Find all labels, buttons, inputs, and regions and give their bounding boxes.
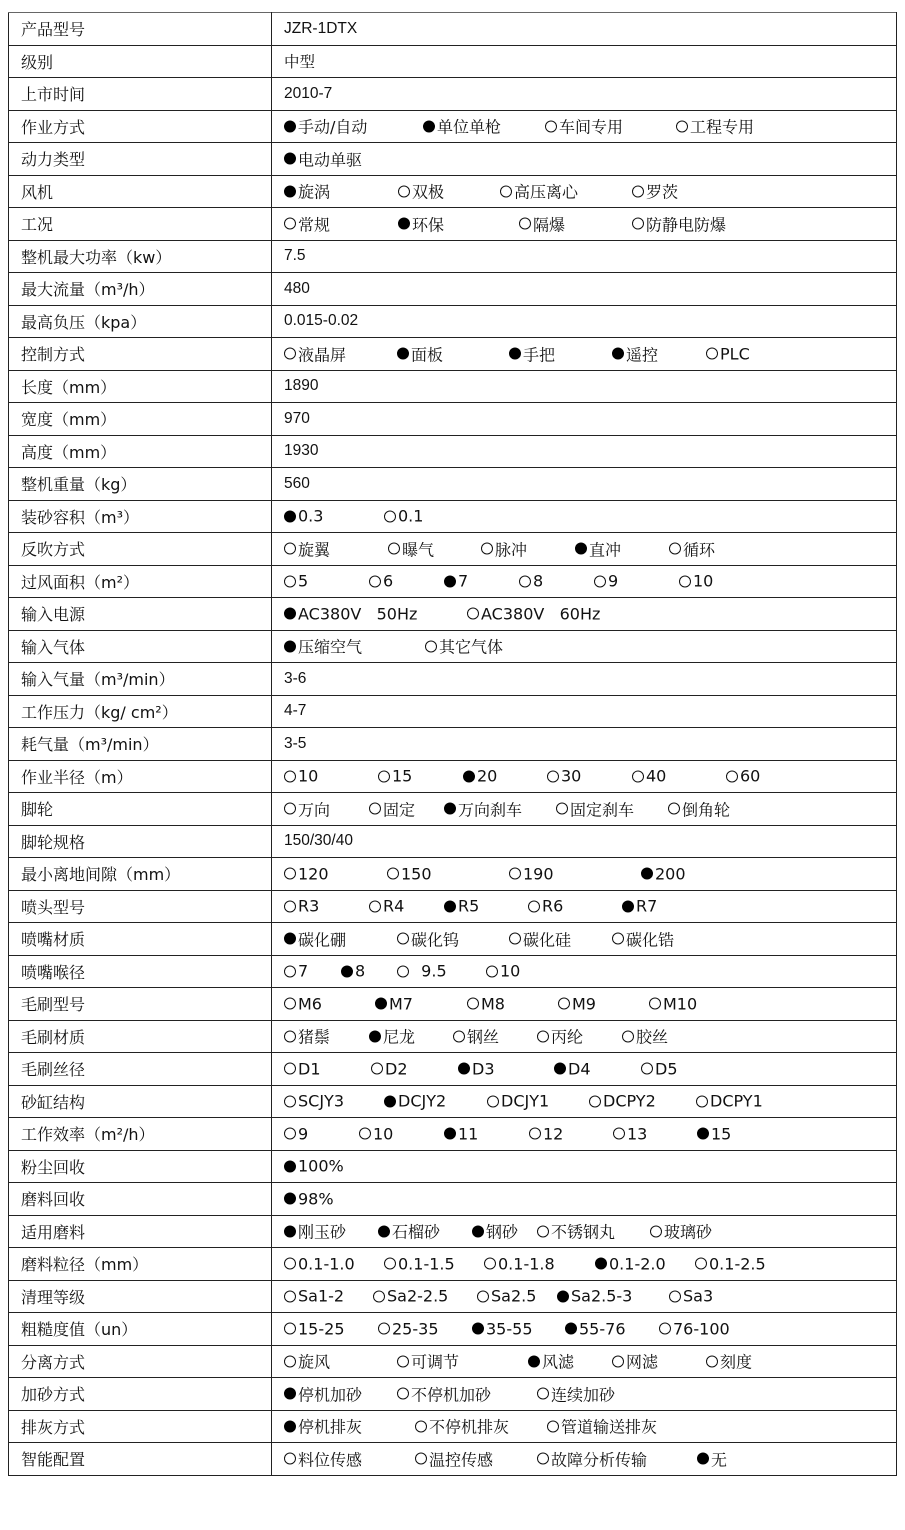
option-label: 190 <box>523 864 554 883</box>
option-radio[interactable]: 200 <box>641 864 686 883</box>
option-radio[interactable]: R3 <box>284 897 319 916</box>
option-label: 15 <box>711 1124 731 1143</box>
option-radio[interactable]: 150 <box>387 864 432 883</box>
option-label: 万向 <box>298 797 330 820</box>
option-radio[interactable]: 温控传感 <box>415 1447 493 1470</box>
option-label: 0.1-1.5 <box>398 1254 455 1273</box>
empty-circle-icon <box>284 1095 296 1107</box>
spec-label: 动力类型 <box>9 143 272 176</box>
filled-circle-icon <box>595 1258 607 1270</box>
spec-value-cell: 猪鬃尼龙钢丝丙纶胶丝 <box>272 1020 897 1053</box>
option-label: 停机加砂 <box>298 1382 362 1405</box>
spec-value-cell: 1930 <box>272 435 897 468</box>
spec-label: 最大流量（m³/h） <box>9 273 272 306</box>
option-radio[interactable]: 30 <box>547 767 581 786</box>
empty-circle-icon <box>641 1063 653 1075</box>
option-label: 其它气体 <box>439 635 503 658</box>
empty-circle-icon <box>545 120 557 132</box>
option-radio[interactable]: 7 <box>444 572 468 591</box>
spec-value-cell: 15-2525-3535-5555-7676-100 <box>272 1313 897 1346</box>
option-label: 5 <box>298 572 308 591</box>
option-label: 13 <box>627 1124 647 1143</box>
filled-circle-icon <box>284 1388 296 1400</box>
option-radio[interactable]: 曝气 <box>388 537 434 560</box>
spec-label: 高度（mm） <box>9 435 272 468</box>
table-row: 分离方式旋风可调节风滤网滤刻度 <box>9 1345 897 1378</box>
option-label: 10 <box>693 572 713 591</box>
empty-circle-icon <box>537 1453 549 1465</box>
table-row: 磨料粒径（mm）0.1-1.00.1-1.50.1-1.80.1-2.00.1-… <box>9 1248 897 1281</box>
option-radio[interactable]: DCPY1 <box>696 1092 763 1111</box>
spec-value-cell: 5678910 <box>272 565 897 598</box>
empty-circle-icon <box>369 803 381 815</box>
filled-circle-icon <box>565 1323 577 1335</box>
option-radio[interactable]: M8 <box>467 994 505 1013</box>
option-radio[interactable]: 9 <box>284 1124 308 1143</box>
empty-circle-icon <box>481 543 493 555</box>
option-radio[interactable]: 60 <box>726 767 760 786</box>
spec-value-cell: 电动单驱 <box>272 143 897 176</box>
option-radio[interactable]: 20 <box>463 767 497 786</box>
option-radio[interactable]: M10 <box>649 994 697 1013</box>
table-row: 喷嘴喉径78 9.510 <box>9 955 897 988</box>
option-radio[interactable]: 液晶屏 <box>284 342 346 365</box>
option-radio[interactable]: 停机排灰 <box>284 1415 362 1438</box>
empty-circle-icon <box>529 1128 541 1140</box>
option-label: 0.1-2.5 <box>709 1254 766 1273</box>
option-radio[interactable]: 7 <box>284 962 308 981</box>
empty-circle-icon <box>650 1225 662 1237</box>
table-row: 宽度（mm）970 <box>9 403 897 436</box>
empty-circle-icon <box>284 1290 296 1302</box>
filled-circle-icon <box>284 1420 296 1432</box>
table-row: 作业半径（m）101520304060 <box>9 760 897 793</box>
option-radio[interactable]: 15 <box>697 1124 731 1143</box>
option-radio[interactable]: AC380V 50Hz <box>284 604 417 623</box>
option-radio[interactable]: 0.1-1.0 <box>284 1254 355 1273</box>
spec-label: 粗糙度值（un） <box>9 1313 272 1346</box>
empty-circle-icon <box>284 998 296 1010</box>
empty-circle-icon <box>547 770 559 782</box>
option-label: 旋风 <box>298 1350 330 1373</box>
option-radio[interactable]: 55-76 <box>565 1319 626 1338</box>
option-label: M9 <box>572 994 596 1013</box>
empty-circle-icon <box>397 965 409 977</box>
option-radio[interactable]: 循环 <box>669 537 715 560</box>
option-radio[interactable]: 旋翼 <box>284 537 330 560</box>
option-label: DCJY1 <box>501 1092 549 1111</box>
spec-value-cell: 旋风可调节风滤网滤刻度 <box>272 1345 897 1378</box>
option-label: 单位单枪 <box>437 115 501 138</box>
option-radio[interactable]: 其它气体 <box>425 635 503 658</box>
empty-circle-icon <box>398 185 410 197</box>
table-row: 动力类型电动单驱 <box>9 143 897 176</box>
empty-circle-icon <box>706 348 718 360</box>
spec-value-cell: Sa1-2Sa2-2.5Sa2.5Sa2.5-3Sa3 <box>272 1280 897 1313</box>
filled-circle-icon <box>444 900 456 912</box>
option-label: DCPY1 <box>710 1092 763 1111</box>
option-radio[interactable]: DCJY2 <box>384 1092 446 1111</box>
option-radio[interactable]: 停机加砂 <box>284 1382 362 1405</box>
spec-value-cell: 150/30/40 <box>272 825 897 858</box>
empty-circle-icon <box>487 1095 499 1107</box>
option-label: 倒角轮 <box>682 797 730 820</box>
option-radio[interactable]: 隔爆 <box>519 212 565 235</box>
option-radio[interactable]: R5 <box>444 897 479 916</box>
spec-value: 4-7 <box>284 702 306 720</box>
option-radio[interactable]: D4 <box>554 1059 591 1078</box>
table-row: 工况常规环保隔爆防静电防爆 <box>9 208 897 241</box>
option-radio[interactable]: 0.1-1.5 <box>384 1254 455 1273</box>
option-radio[interactable]: 碳化锆 <box>612 927 674 950</box>
empty-circle-icon <box>668 803 680 815</box>
option-radio[interactable]: 120 <box>284 864 329 883</box>
option-radio[interactable]: DCPY2 <box>589 1092 656 1111</box>
spec-value-cell: 100% <box>272 1150 897 1183</box>
option-radio[interactable]: 190 <box>509 864 554 883</box>
option-radio[interactable]: Sa2-2.5 <box>373 1287 448 1306</box>
option-label: DCJY2 <box>398 1092 446 1111</box>
option-radio[interactable]: R7 <box>622 897 657 916</box>
option-radio[interactable]: 遥控 <box>612 342 658 365</box>
option-label: 98% <box>298 1189 334 1208</box>
option-label: 11 <box>458 1124 478 1143</box>
option-radio[interactable]: 0.1-2.0 <box>595 1254 666 1273</box>
spec-label: 毛刷丝径 <box>9 1053 272 1086</box>
option-radio[interactable]: 钢砂 <box>472 1220 518 1243</box>
spec-value-cell: 560 <box>272 468 897 501</box>
option-radio[interactable]: 不锈钢丸 <box>537 1220 615 1243</box>
option-radio[interactable]: 固定刹车 <box>556 797 634 820</box>
filled-circle-icon <box>341 965 353 977</box>
option-label: 面板 <box>411 342 443 365</box>
option-label: 常规 <box>298 212 330 235</box>
option-radio[interactable]: 电动单驱 <box>284 147 362 170</box>
empty-circle-icon <box>669 1290 681 1302</box>
empty-circle-icon <box>284 348 296 360</box>
option-radio[interactable]: 0.1 <box>384 507 423 526</box>
spec-value-cell: 78 9.510 <box>272 955 897 988</box>
option-radio[interactable]: M6 <box>284 994 322 1013</box>
option-label: 环保 <box>412 212 444 235</box>
option-radio[interactable]: 常规 <box>284 212 330 235</box>
empty-circle-icon <box>649 998 661 1010</box>
option-radio[interactable]: 9.5 <box>397 962 447 981</box>
option-radio[interactable]: 管道输送排灰 <box>547 1415 657 1438</box>
option-radio[interactable]: D3 <box>458 1059 495 1078</box>
empty-circle-icon <box>477 1290 489 1302</box>
empty-circle-icon <box>622 1030 634 1042</box>
spec-value-cell: 常规环保隔爆防静电防爆 <box>272 208 897 241</box>
option-radio[interactable]: 倒角轮 <box>668 797 730 820</box>
empty-circle-icon <box>706 1355 718 1367</box>
option-radio[interactable]: AC380V 60Hz <box>467 604 600 623</box>
option-label: 60 <box>740 767 760 786</box>
spec-label: 工况 <box>9 208 272 241</box>
spec-label: 脚轮规格 <box>9 825 272 858</box>
filled-circle-icon <box>284 1193 296 1205</box>
option-radio[interactable]: 0.3 <box>284 507 323 526</box>
option-radio[interactable]: 面板 <box>397 342 443 365</box>
filled-circle-icon <box>284 153 296 165</box>
option-radio[interactable]: 直冲 <box>575 537 621 560</box>
option-radio[interactable]: 防静电防爆 <box>632 212 726 235</box>
table-row: 装砂容积（m³）0.30.1 <box>9 500 897 533</box>
option-radio[interactable]: 10 <box>359 1124 393 1143</box>
empty-circle-icon <box>696 1095 708 1107</box>
option-radio[interactable]: 0.1-2.5 <box>695 1254 766 1273</box>
empty-circle-icon <box>486 965 498 977</box>
option-label: M8 <box>481 994 505 1013</box>
filled-circle-icon <box>612 348 624 360</box>
spec-value-cell: 480 <box>272 273 897 306</box>
option-radio[interactable]: 98% <box>284 1189 334 1208</box>
option-radio[interactable]: 工程专用 <box>676 115 754 138</box>
empty-circle-icon <box>373 1290 385 1302</box>
empty-circle-icon <box>387 868 399 880</box>
option-radio[interactable]: 35-55 <box>472 1319 533 1338</box>
option-radio[interactable]: R6 <box>528 897 563 916</box>
option-radio[interactable]: 丙纶 <box>537 1025 583 1048</box>
option-label: 电动单驱 <box>298 147 362 170</box>
option-label: 车间专用 <box>559 115 623 138</box>
option-radio[interactable]: 13 <box>613 1124 647 1143</box>
option-radio[interactable]: 碳化钨 <box>397 927 459 950</box>
option-radio[interactable]: R4 <box>369 897 404 916</box>
spec-label: 输入气体 <box>9 630 272 663</box>
empty-circle-icon <box>284 1063 296 1075</box>
option-radio[interactable]: 不停机加砂 <box>397 1382 491 1405</box>
option-label: 10 <box>373 1124 393 1143</box>
option-radio[interactable]: 压缩空气 <box>284 635 362 658</box>
option-radio[interactable]: 10 <box>679 572 713 591</box>
spec-label: 脚轮 <box>9 793 272 826</box>
option-label: 15 <box>392 767 412 786</box>
spec-value-cell: 0.1-1.00.1-1.50.1-1.80.1-2.00.1-2.5 <box>272 1248 897 1281</box>
spec-label: 磨料粒径（mm） <box>9 1248 272 1281</box>
table-row: 加砂方式停机加砂不停机加砂连续加砂 <box>9 1378 897 1411</box>
table-row: 最小离地间隙（mm）120150190200 <box>9 858 897 891</box>
table-row: 风机旋涡双极高压离心罗茨 <box>9 175 897 208</box>
spec-value-cell: 旋翼曝气脉冲直冲循环 <box>272 533 897 566</box>
option-radio[interactable]: 8 <box>519 572 543 591</box>
option-radio[interactable]: 10 <box>486 962 520 981</box>
empty-circle-icon <box>284 1030 296 1042</box>
table-row: 喷头型号R3R4R5R6R7 <box>9 890 897 923</box>
option-label: 胶丝 <box>636 1025 668 1048</box>
option-radio[interactable]: 旋涡 <box>284 180 330 203</box>
spec-value-cell: 98% <box>272 1183 897 1216</box>
option-radio[interactable]: 手把 <box>509 342 555 365</box>
option-radio[interactable]: 碳化硼 <box>284 927 346 950</box>
option-label: Sa1-2 <box>298 1287 344 1306</box>
option-radio[interactable]: 万向刹车 <box>444 797 522 820</box>
spec-label: 工作压力（kg/ cm²） <box>9 695 272 728</box>
filled-circle-icon <box>284 608 296 620</box>
option-radio[interactable]: Sa3 <box>669 1287 713 1306</box>
option-label: 7 <box>458 572 468 591</box>
option-radio[interactable]: 15 <box>378 767 412 786</box>
option-radio[interactable]: 11 <box>444 1124 478 1143</box>
option-radio[interactable]: 6 <box>369 572 393 591</box>
table-row: 脚轮万向固定万向刹车固定刹车倒角轮 <box>9 793 897 826</box>
spec-value-cell: JZR-1DTX <box>272 13 897 46</box>
option-radio[interactable]: 碳化硅 <box>509 927 571 950</box>
spec-value-cell: 料位传感温控传感故障分析传输无 <box>272 1443 897 1476</box>
table-row: 耗气量（m³/min）3-5 <box>9 728 897 761</box>
option-radio[interactable]: 车间专用 <box>545 115 623 138</box>
option-radio[interactable]: 12 <box>529 1124 563 1143</box>
option-radio[interactable]: 刻度 <box>706 1350 752 1373</box>
empty-circle-icon <box>415 1420 427 1432</box>
empty-circle-icon <box>284 1355 296 1367</box>
option-label: 遥控 <box>626 342 658 365</box>
option-label: Sa2.5-3 <box>571 1287 632 1306</box>
option-radio[interactable]: 刚玉砂 <box>284 1220 346 1243</box>
option-radio[interactable]: DCJY1 <box>487 1092 549 1111</box>
spec-value: 3-5 <box>284 735 306 753</box>
option-radio[interactable]: 5 <box>284 572 308 591</box>
option-radio[interactable]: D2 <box>371 1059 408 1078</box>
option-radio[interactable]: 100% <box>284 1157 344 1176</box>
spec-value-cell: 4-7 <box>272 695 897 728</box>
option-radio[interactable]: 手动/自动 <box>284 115 367 138</box>
option-radio[interactable]: 40 <box>632 767 666 786</box>
empty-circle-icon <box>659 1323 671 1335</box>
option-label: 0.1-2.0 <box>609 1254 666 1273</box>
spec-label: 毛刷型号 <box>9 988 272 1021</box>
option-radio[interactable]: 胶丝 <box>622 1025 668 1048</box>
spec-label: 砂缸结构 <box>9 1085 272 1118</box>
filled-circle-icon <box>463 770 475 782</box>
spec-value-cell: 手动/自动单位单枪车间专用工程专用 <box>272 110 897 143</box>
option-label: D4 <box>568 1059 591 1078</box>
option-radio[interactable]: 连续加砂 <box>537 1382 615 1405</box>
spec-label: 适用磨料 <box>9 1215 272 1248</box>
empty-circle-icon <box>519 218 531 230</box>
empty-circle-icon <box>371 1063 383 1075</box>
option-radio[interactable]: D5 <box>641 1059 678 1078</box>
option-radio[interactable]: 故障分析传输 <box>537 1447 647 1470</box>
option-radio[interactable]: 可调节 <box>397 1350 459 1373</box>
option-radio[interactable]: 脉冲 <box>481 537 527 560</box>
empty-circle-icon <box>556 803 568 815</box>
spec-value-cell: 万向固定万向刹车固定刹车倒角轮 <box>272 793 897 826</box>
option-label: 150 <box>401 864 432 883</box>
option-radio[interactable]: 双极 <box>398 180 444 203</box>
table-row: 反吹方式旋翼曝气脉冲直冲循环 <box>9 533 897 566</box>
option-radio[interactable]: M9 <box>558 994 596 1013</box>
option-label: 液晶屏 <box>298 342 346 365</box>
option-radio[interactable]: 固定 <box>369 797 415 820</box>
option-label: 曝气 <box>402 537 434 560</box>
spec-value-cell: 停机加砂不停机加砂连续加砂 <box>272 1378 897 1411</box>
option-label: 不锈钢丸 <box>551 1220 615 1243</box>
option-label: 停机排灰 <box>298 1415 362 1438</box>
option-radio[interactable]: 单位单枪 <box>423 115 501 138</box>
option-radio[interactable]: 网滤 <box>612 1350 658 1373</box>
option-radio[interactable]: 钢丝 <box>453 1025 499 1048</box>
table-row: 作业方式手动/自动单位单枪车间专用工程专用 <box>9 110 897 143</box>
option-radio[interactable]: 高压离心 <box>500 180 578 203</box>
option-label: 料位传感 <box>298 1447 362 1470</box>
option-radio[interactable]: Sa2.5 <box>477 1287 536 1306</box>
option-radio[interactable]: Sa2.5-3 <box>557 1287 632 1306</box>
option-label: 0.1-1.0 <box>298 1254 355 1273</box>
option-radio[interactable]: 9 <box>594 572 618 591</box>
spec-value-cell: 91011121315 <box>272 1118 897 1151</box>
spec-value-cell: 2010-7 <box>272 78 897 111</box>
option-radio[interactable]: SCJY3 <box>284 1092 344 1111</box>
option-radio[interactable]: 尼龙 <box>369 1025 415 1048</box>
spec-value-cell: 0.30.1 <box>272 500 897 533</box>
filled-circle-icon <box>458 1063 470 1075</box>
empty-circle-icon <box>284 770 296 782</box>
table-row: 长度（mm）1890 <box>9 370 897 403</box>
option-radio[interactable]: 25-35 <box>378 1319 439 1338</box>
option-radio[interactable]: Sa1-2 <box>284 1287 344 1306</box>
empty-circle-icon <box>500 185 512 197</box>
option-radio[interactable]: 0.1-1.8 <box>484 1254 555 1273</box>
spec-label: 级别 <box>9 45 272 78</box>
filled-circle-icon <box>697 1128 709 1140</box>
option-radio[interactable]: 无 <box>697 1447 727 1470</box>
option-radio[interactable]: 8 <box>341 962 365 981</box>
option-radio[interactable]: 罗茨 <box>632 180 678 203</box>
option-radio[interactable]: M7 <box>375 994 413 1013</box>
option-radio[interactable]: 不停机排灰 <box>415 1415 509 1438</box>
empty-circle-icon <box>384 1258 396 1270</box>
empty-circle-icon <box>547 1420 559 1432</box>
option-radio[interactable]: 玻璃砂 <box>650 1220 712 1243</box>
spec-label: 产品型号 <box>9 13 272 46</box>
empty-circle-icon <box>695 1258 707 1270</box>
spec-label: 喷嘴材质 <box>9 923 272 956</box>
option-label: 直冲 <box>589 537 621 560</box>
option-radio[interactable]: 猪鬃 <box>284 1025 330 1048</box>
filled-circle-icon <box>284 185 296 197</box>
spec-label: 控制方式 <box>9 338 272 371</box>
option-radio[interactable]: 旋风 <box>284 1350 330 1373</box>
option-radio[interactable]: 15-25 <box>284 1319 345 1338</box>
option-radio[interactable]: 风滤 <box>528 1350 574 1373</box>
option-radio[interactable]: 万向 <box>284 797 330 820</box>
empty-circle-icon <box>284 543 296 555</box>
empty-circle-icon <box>397 933 409 945</box>
option-label: 固定 <box>383 797 415 820</box>
option-label: 9 <box>298 1124 308 1143</box>
spec-label: 毛刷材质 <box>9 1020 272 1053</box>
option-radio[interactable]: D1 <box>284 1059 321 1078</box>
spec-value: JZR-1DTX <box>284 20 357 38</box>
option-radio[interactable]: 石榴砂 <box>378 1220 440 1243</box>
filled-circle-icon <box>641 868 653 880</box>
spec-label: 分离方式 <box>9 1345 272 1378</box>
option-radio[interactable]: 10 <box>284 767 318 786</box>
empty-circle-icon <box>284 1128 296 1140</box>
option-radio[interactable]: 环保 <box>398 212 444 235</box>
filled-circle-icon <box>384 1095 396 1107</box>
filled-circle-icon <box>378 1225 390 1237</box>
table-row: 输入气量（m³/min）3-6 <box>9 663 897 696</box>
option-radio[interactable]: 料位传感 <box>284 1447 362 1470</box>
spec-value-cell: 碳化硼碳化钨碳化硅碳化锆 <box>272 923 897 956</box>
option-radio[interactable]: 76-100 <box>659 1319 730 1338</box>
option-radio[interactable]: PLC <box>706 344 750 363</box>
filled-circle-icon <box>622 900 634 912</box>
option-label: 35-55 <box>486 1319 533 1338</box>
option-label: 0.3 <box>298 507 323 526</box>
